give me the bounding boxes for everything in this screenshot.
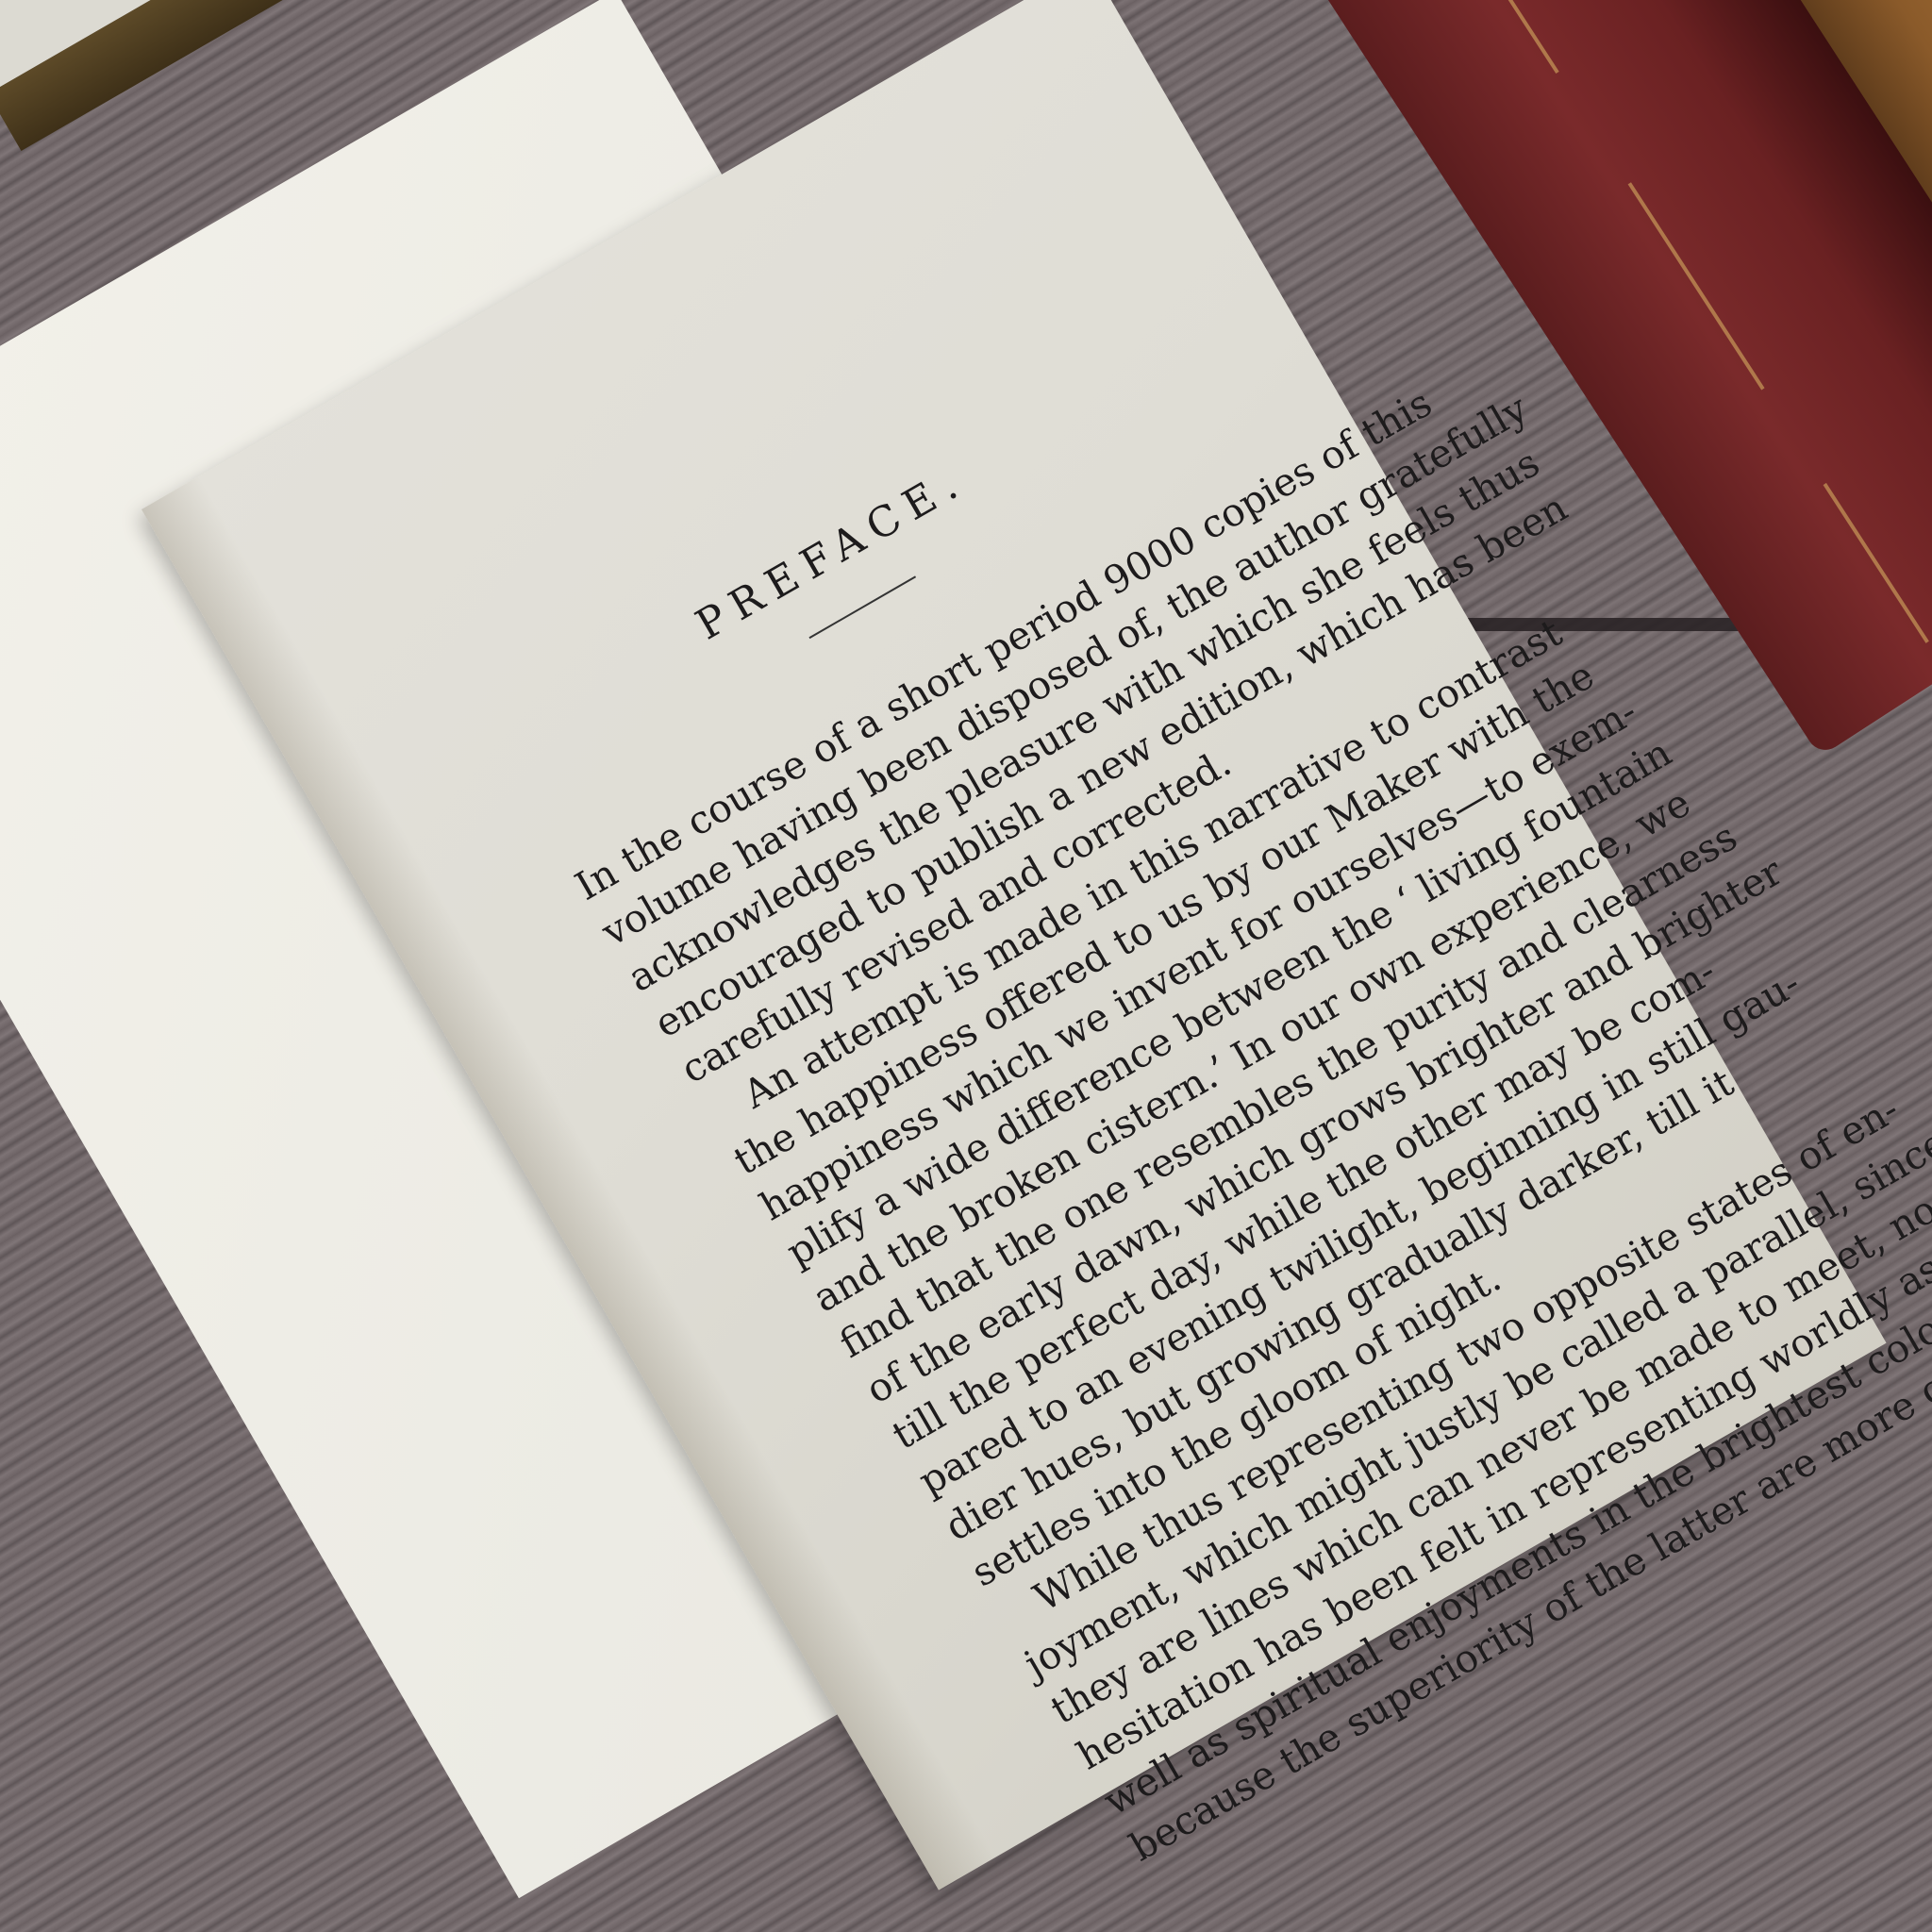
gilt-floral-ornament [1628, 182, 1765, 390]
title-rule [808, 575, 916, 639]
gilt-floral-ornament [1443, 0, 1559, 74]
gilt-floral-ornament [1824, 483, 1929, 643]
